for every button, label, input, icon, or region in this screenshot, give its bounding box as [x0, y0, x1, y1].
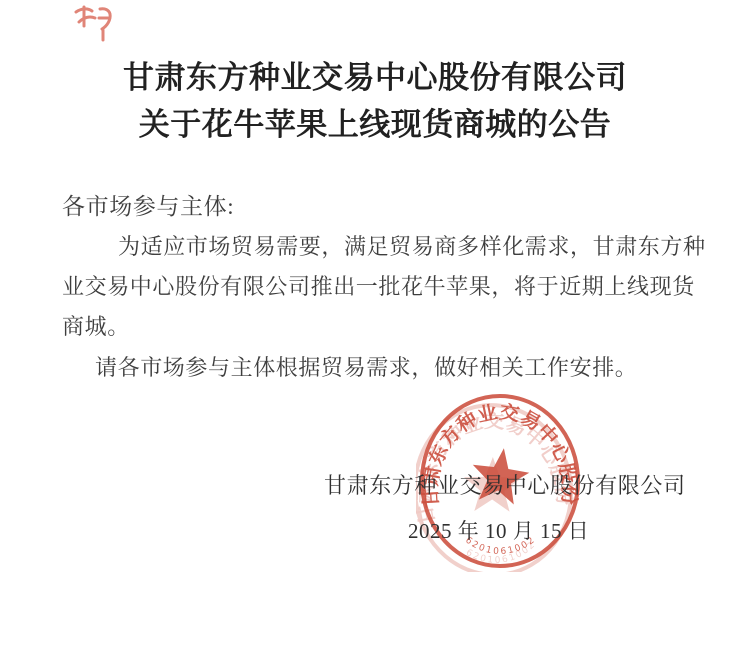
salutation: 各市场参与主体:	[62, 188, 234, 221]
signature-company-name: 甘肃东方种业交易中心股份有限公司	[324, 469, 686, 500]
stamp-fragment-icon	[72, 4, 114, 44]
body-line-1: 为适应市场贸易需要，满足贸易商多样化需求，甘肃东方种	[118, 230, 706, 261]
body-line-2: 业交易中心股份有限公司推出一批花牛苹果，将于近期上线现货	[62, 270, 695, 301]
body-line-3: 商城。	[62, 310, 130, 341]
body-line-4: 请各市场参与主体根据贸易需求，做好相关工作安排。	[95, 351, 637, 382]
signature-date: 2025 年 10 月 15 日	[408, 515, 589, 545]
document-title-line1: 甘肃东方种业交易中心股份有限公司	[0, 52, 750, 97]
document-title-line2: 关于花牛苹果上线现货商城的公告	[0, 99, 750, 144]
announcement-page: 甘肃东方种业交易中心股份有限公司 关于花牛苹果上线现货商城的公告 各市场参与主体…	[0, 0, 750, 665]
